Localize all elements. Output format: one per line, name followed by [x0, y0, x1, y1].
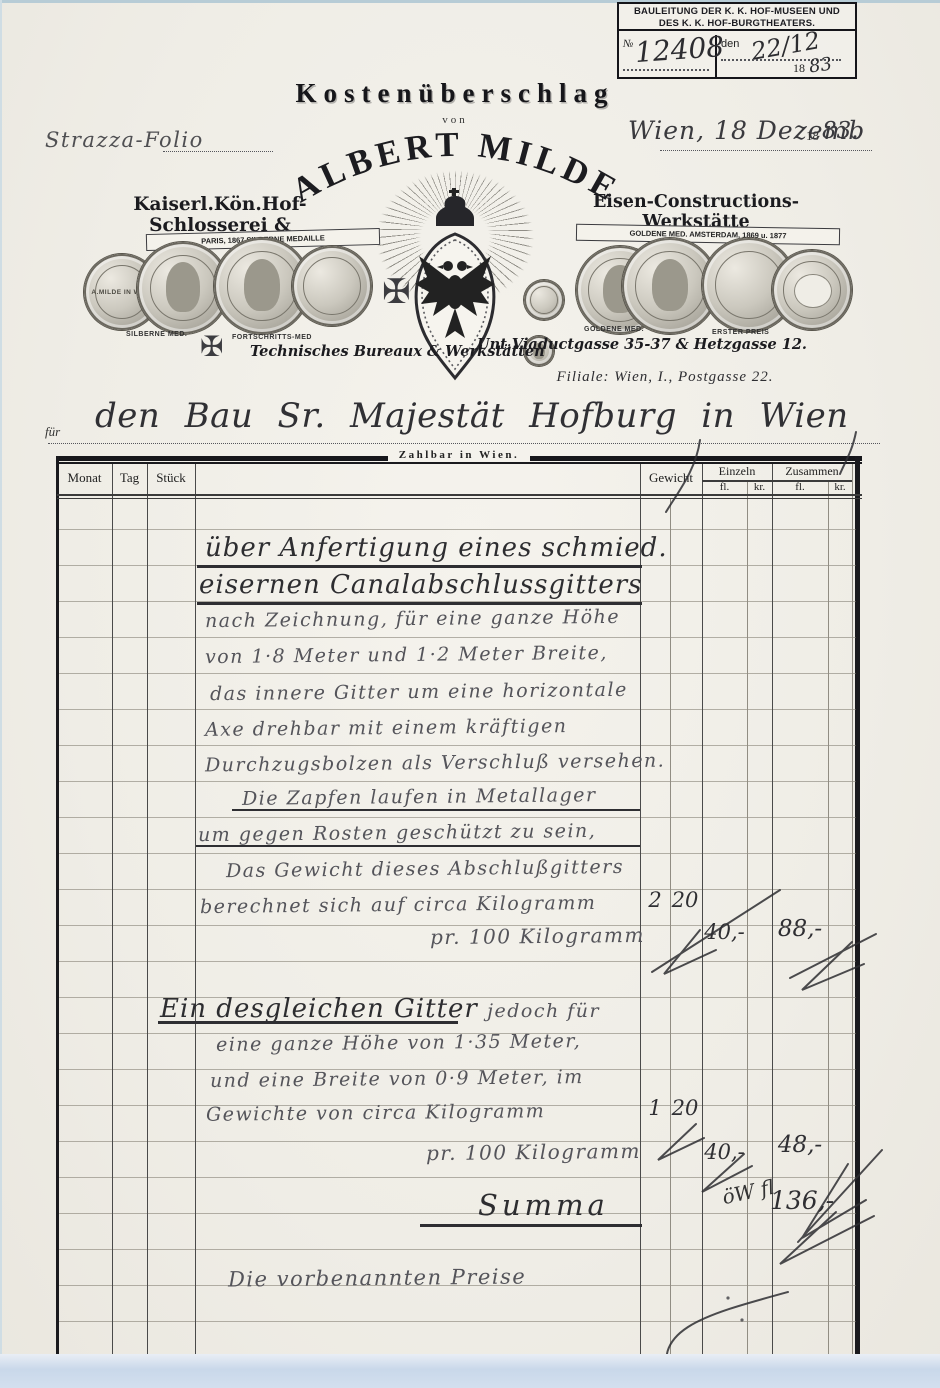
ink-dot [740, 1318, 743, 1321]
check-mark [780, 1212, 874, 1264]
check-slash [652, 890, 780, 972]
ink-dot [726, 1296, 729, 1299]
check-mark [702, 1154, 752, 1192]
descender-stroke [666, 440, 700, 512]
scan-edge-bottom [0, 1354, 940, 1388]
descender-stroke [840, 432, 856, 474]
pen-strokes-overlay [0, 0, 940, 1388]
check-slash [798, 1150, 882, 1242]
check-mark [658, 1124, 704, 1160]
check-slash [790, 934, 876, 978]
scanned-document-page: BAULEITUNG DER K. K. HOF-MUSEEN UND DES … [0, 0, 940, 1388]
